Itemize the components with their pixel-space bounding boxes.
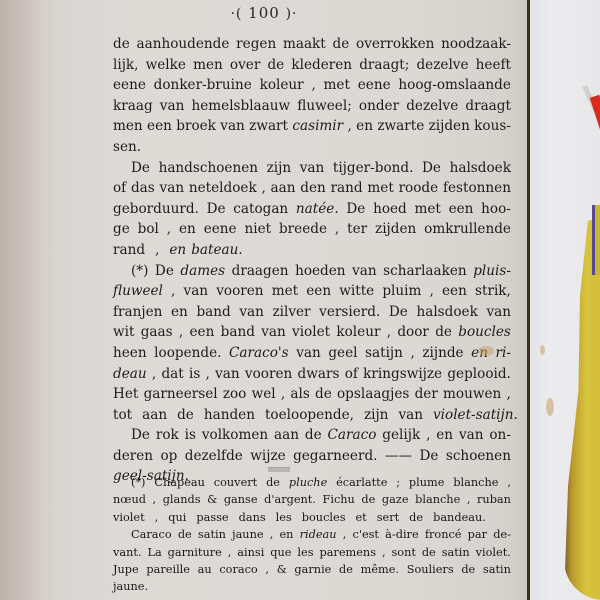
word: plume bbox=[409, 474, 445, 491]
word: Caraco bbox=[131, 526, 172, 543]
word: , bbox=[507, 384, 511, 405]
word: , bbox=[507, 474, 511, 491]
word: hoog-omslaande bbox=[398, 75, 511, 96]
word: , bbox=[311, 75, 315, 96]
word: de bbox=[435, 322, 452, 343]
word: halsdoek bbox=[416, 302, 477, 323]
text-line: gebol,eneenenietbreede,terzijdenomkrulle… bbox=[113, 219, 511, 240]
word: met bbox=[414, 199, 440, 220]
text-line: Dehandschoenenzijnvantijger-bond.Dehalsd… bbox=[113, 158, 511, 179]
word: hoeden bbox=[295, 261, 346, 282]
word: , bbox=[155, 240, 164, 261]
word: van bbox=[398, 405, 428, 426]
word: , bbox=[152, 364, 156, 385]
page-number: 100 bbox=[248, 4, 280, 22]
word: opslaagjes bbox=[337, 384, 409, 405]
word: de bbox=[461, 561, 475, 578]
word: blanche bbox=[415, 491, 460, 508]
word: , bbox=[387, 322, 391, 343]
word: en bbox=[436, 425, 453, 446]
word: , bbox=[265, 561, 269, 578]
word: gelijk bbox=[382, 425, 420, 446]
word: satin bbox=[483, 561, 511, 578]
word: toeloopende, bbox=[265, 405, 359, 426]
word: de bbox=[339, 561, 353, 578]
word: , bbox=[155, 509, 164, 526]
word: van bbox=[296, 343, 321, 364]
word: met bbox=[324, 75, 350, 96]
word: wit bbox=[113, 322, 134, 343]
word: volkomen bbox=[202, 425, 268, 446]
word: casimir bbox=[292, 116, 343, 137]
word: dezelve bbox=[406, 96, 458, 117]
word: , bbox=[382, 544, 386, 561]
word: men bbox=[113, 116, 143, 137]
word: , bbox=[335, 219, 339, 240]
word: of bbox=[113, 178, 126, 199]
fashion-plate-illustration bbox=[530, 0, 600, 600]
word: over bbox=[230, 55, 260, 76]
word: , bbox=[167, 219, 171, 240]
word: de bbox=[266, 474, 280, 491]
word: handschoenen bbox=[159, 158, 258, 179]
word: Souliers bbox=[407, 561, 454, 578]
word: de bbox=[177, 405, 199, 426]
word: met bbox=[272, 281, 298, 302]
word: onder bbox=[359, 96, 399, 117]
word: ri- bbox=[496, 343, 511, 364]
word: aan bbox=[142, 405, 172, 426]
word: zijden bbox=[375, 219, 416, 240]
word: heeft bbox=[476, 55, 511, 76]
word: der bbox=[415, 384, 438, 405]
word: versierd. bbox=[319, 302, 380, 323]
word: écarlatte bbox=[336, 474, 387, 491]
word: de bbox=[267, 55, 284, 76]
text-line: totaandehandentoeloopende,zijnvanviolet-… bbox=[113, 405, 511, 426]
word: ge bbox=[113, 219, 130, 240]
main-body-text: deaanhoudenderegenmaaktdeoverrokkennoodz… bbox=[113, 34, 511, 487]
word: De bbox=[131, 425, 150, 446]
word: roode bbox=[399, 178, 439, 199]
word: coraco bbox=[219, 561, 257, 578]
word: , bbox=[179, 322, 183, 343]
word: , bbox=[270, 526, 274, 543]
word: van bbox=[352, 261, 377, 282]
word: sont bbox=[391, 544, 415, 561]
word: satijn bbox=[365, 343, 403, 364]
word: qui bbox=[168, 509, 191, 526]
word: zwarte bbox=[377, 116, 424, 137]
word: deau bbox=[113, 364, 147, 385]
word: wijze bbox=[250, 446, 285, 467]
word: blanche bbox=[453, 474, 498, 491]
ornament-right: )· bbox=[286, 6, 298, 22]
word: De bbox=[131, 158, 150, 179]
word: of bbox=[345, 364, 358, 385]
word: & bbox=[207, 491, 217, 508]
text-line: DerokisvolkomenaandeCaracogelijk,envanon… bbox=[113, 425, 511, 446]
word: draagt bbox=[465, 96, 511, 117]
text-line: violet,quipassedanslesbouclesetsertdeban… bbox=[113, 509, 511, 526]
word: dames bbox=[180, 261, 225, 282]
word: welke bbox=[146, 55, 186, 76]
word: kringswijze bbox=[363, 364, 442, 385]
word: eene bbox=[358, 75, 391, 96]
word: en bbox=[179, 219, 196, 240]
word: paremens bbox=[319, 544, 376, 561]
word: , bbox=[430, 281, 434, 302]
word: is bbox=[185, 425, 196, 446]
word: De bbox=[155, 261, 174, 282]
text-line: geborduurd.Decatogannatée.Dehoedmeteenho… bbox=[113, 199, 511, 220]
word: Jupe bbox=[113, 561, 139, 578]
word: zijden bbox=[429, 116, 470, 137]
red-hat-illustration bbox=[590, 95, 600, 150]
word: bateau. bbox=[191, 240, 248, 261]
word: van bbox=[160, 96, 185, 117]
word: das bbox=[131, 178, 155, 199]
word: tot bbox=[113, 405, 137, 426]
word: en bbox=[171, 302, 188, 323]
word: fluweel bbox=[113, 281, 163, 302]
word: rand bbox=[331, 178, 363, 199]
word: dwars bbox=[298, 364, 340, 385]
word: festonnen bbox=[443, 178, 511, 199]
word: band bbox=[221, 322, 255, 343]
word: , bbox=[153, 491, 157, 508]
word: , bbox=[228, 544, 232, 561]
word: den bbox=[300, 178, 326, 199]
word: garneersel bbox=[144, 384, 218, 405]
word: donker-bruine bbox=[154, 75, 252, 96]
word: aan bbox=[271, 178, 296, 199]
word: La bbox=[147, 544, 161, 561]
word: van bbox=[220, 116, 245, 137]
word: rok bbox=[156, 425, 179, 446]
word: door bbox=[397, 322, 429, 343]
word: on- bbox=[489, 425, 511, 446]
text-line: eenedonker-bruinekoleur,meteenehoog-omsl… bbox=[113, 75, 511, 96]
word: de bbox=[361, 491, 375, 508]
text-line: kraagvanhemelsblaauwfluweel;onderdezelve… bbox=[113, 96, 511, 117]
section-separator bbox=[268, 467, 290, 472]
text-line: franjenenbandvanzilverversierd.Dehalsdoe… bbox=[113, 302, 511, 323]
word: zijn bbox=[267, 158, 291, 179]
word: c'est bbox=[353, 526, 379, 543]
word: violet bbox=[292, 322, 330, 343]
word: kous- bbox=[474, 116, 511, 137]
word: broek bbox=[176, 116, 216, 137]
word: jaune. bbox=[113, 578, 153, 595]
word: overrokken bbox=[356, 34, 434, 55]
word: satin bbox=[198, 526, 226, 543]
word: glands bbox=[163, 491, 201, 508]
word: boucles bbox=[458, 322, 511, 343]
word: en bbox=[279, 526, 293, 543]
word: klederen bbox=[291, 55, 352, 76]
word: —— bbox=[385, 446, 412, 467]
word: satin bbox=[442, 544, 470, 561]
word: garniture bbox=[168, 544, 222, 561]
word: draagen bbox=[232, 261, 289, 282]
word: eene bbox=[204, 219, 237, 240]
word: aan bbox=[274, 425, 299, 446]
yellow-dress-illustration bbox=[564, 220, 600, 600]
word: deren bbox=[113, 446, 153, 467]
word: vant. bbox=[113, 544, 142, 561]
word: handen bbox=[204, 405, 260, 426]
word: fluweel; bbox=[297, 96, 351, 117]
word: mouwen bbox=[443, 384, 501, 405]
sleeve-illustration bbox=[592, 205, 600, 275]
word: , bbox=[467, 491, 471, 508]
word: au bbox=[198, 561, 212, 578]
word: De bbox=[422, 158, 441, 179]
word: rand bbox=[113, 240, 150, 261]
word: halsdoek bbox=[450, 158, 511, 179]
word: rideau bbox=[300, 526, 337, 543]
word: loopende. bbox=[154, 343, 221, 364]
book-page-left: ·( 100 )· deaanhoudenderegenmaaktdeoverr… bbox=[0, 0, 528, 600]
word: , bbox=[426, 425, 430, 446]
page-number-header: ·( 100 )· bbox=[0, 4, 528, 22]
text-line: jaune. bbox=[113, 578, 511, 595]
text-line: sen. bbox=[113, 137, 511, 158]
word: ganse bbox=[224, 491, 258, 508]
word: , bbox=[261, 178, 265, 199]
word: Caraco bbox=[328, 425, 377, 446]
word: froncé bbox=[425, 526, 462, 543]
word: catogan bbox=[233, 199, 288, 220]
word: een bbox=[306, 281, 331, 302]
text-line: ofdasvanneteldoek,aandenrandmetroodefest… bbox=[113, 178, 511, 199]
word: De bbox=[346, 199, 365, 220]
word: et bbox=[356, 509, 372, 526]
word: pluim bbox=[382, 281, 421, 302]
word: de bbox=[113, 34, 130, 55]
word: gegarneerd. bbox=[293, 446, 377, 467]
text-line: meneenbroekvanzwartcasimir,enzwartezijde… bbox=[113, 116, 511, 137]
word: met bbox=[367, 178, 393, 199]
paper-stain bbox=[478, 346, 494, 356]
word: en bbox=[356, 116, 373, 137]
word: à-dire bbox=[385, 526, 418, 543]
word: hoo- bbox=[481, 199, 511, 220]
word: franjen bbox=[113, 302, 162, 323]
word: als bbox=[290, 384, 309, 405]
text-line: fluweel,vanvoorenmeteenwittepluim,eenstr… bbox=[113, 281, 511, 302]
word: regen bbox=[236, 34, 276, 55]
word: nœud bbox=[113, 491, 146, 508]
word: bandeau. bbox=[433, 509, 491, 526]
word: en bbox=[169, 240, 186, 261]
word: passe bbox=[196, 509, 233, 526]
word: van bbox=[300, 158, 325, 179]
word: niet bbox=[244, 219, 271, 240]
word: van bbox=[459, 425, 484, 446]
word: les bbox=[297, 544, 313, 561]
text-line: lijk,welkemenoverdeklederendraagt;dezelv… bbox=[113, 55, 511, 76]
word: van bbox=[215, 364, 240, 385]
text-line: deaanhoudenderegenmaaktdeoverrokkennoodz… bbox=[113, 34, 511, 55]
word: , bbox=[206, 364, 210, 385]
word: breede bbox=[279, 219, 327, 240]
word: heen bbox=[113, 343, 147, 364]
word: De bbox=[207, 199, 226, 220]
word: geplooid. bbox=[447, 364, 511, 385]
word: par bbox=[468, 526, 487, 543]
text-line: derenopdezelfdewijzegegarneerd.——Deschoe… bbox=[113, 446, 511, 467]
word: pluche bbox=[289, 474, 327, 491]
word: , bbox=[171, 281, 175, 302]
ornament-left: ·( bbox=[230, 6, 242, 22]
word: een bbox=[190, 322, 215, 343]
word: pluis- bbox=[473, 261, 511, 282]
word: Fichu bbox=[323, 491, 355, 508]
word: & bbox=[277, 561, 287, 578]
word: zwart bbox=[249, 116, 288, 137]
word: omkrullende bbox=[424, 219, 511, 240]
word: een bbox=[449, 199, 474, 220]
word: neteldoek bbox=[189, 178, 257, 199]
word: van bbox=[160, 178, 185, 199]
word: zilver bbox=[272, 302, 310, 323]
word: strik, bbox=[475, 281, 511, 302]
word: noodzaak- bbox=[441, 34, 511, 55]
word: (*) bbox=[131, 474, 145, 491]
word: que bbox=[270, 544, 291, 561]
word: de- bbox=[493, 526, 511, 543]
word: dezelve bbox=[416, 55, 468, 76]
word: hoed bbox=[373, 199, 407, 220]
word: ainsi bbox=[237, 544, 264, 561]
word: de bbox=[409, 509, 428, 526]
text-line: deau,datis,vanvoorendwarsofkringswijzege… bbox=[113, 364, 511, 385]
plate-stain bbox=[540, 345, 545, 355]
word: Caraco's bbox=[229, 343, 289, 364]
word: gaze bbox=[382, 491, 409, 508]
word: boucles bbox=[302, 509, 351, 526]
word: geborduurd. bbox=[113, 199, 199, 220]
word: van bbox=[486, 302, 511, 323]
word: (*) bbox=[131, 261, 148, 282]
word: band bbox=[196, 302, 230, 323]
word: , bbox=[348, 116, 352, 137]
word: violet. bbox=[476, 544, 511, 561]
word: violet bbox=[113, 509, 150, 526]
word: kraag bbox=[113, 96, 153, 117]
word: vooren bbox=[245, 364, 292, 385]
word: maakt bbox=[283, 34, 326, 55]
word: witte bbox=[339, 281, 374, 302]
word: De bbox=[389, 302, 408, 323]
word: les bbox=[276, 509, 297, 526]
word: eene bbox=[113, 75, 146, 96]
word: een bbox=[147, 116, 172, 137]
word: , bbox=[410, 343, 414, 364]
word: wel bbox=[252, 384, 276, 405]
word: scharlaaken bbox=[383, 261, 467, 282]
word: de bbox=[333, 34, 350, 55]
word: gaas bbox=[141, 322, 173, 343]
text-line: Caracodesatinjaune,enrideau,c'està-diref… bbox=[113, 526, 511, 543]
word: violet-satijn. bbox=[433, 405, 523, 426]
word: draagt; bbox=[359, 55, 409, 76]
text-line: heenloopende.Caraco'svangeelsatijn,zijnd… bbox=[113, 343, 511, 364]
word: ; bbox=[396, 474, 400, 491]
word: Chapeau bbox=[154, 474, 205, 491]
word: van bbox=[184, 281, 209, 302]
word: men bbox=[193, 55, 223, 76]
word: jaune bbox=[232, 526, 263, 543]
word: van bbox=[239, 302, 264, 323]
word: op bbox=[160, 446, 177, 467]
word: hemelsblaauw bbox=[191, 96, 290, 117]
word: schoenen bbox=[446, 446, 511, 467]
word: aanhoudende bbox=[137, 34, 230, 55]
word: natée. bbox=[296, 199, 339, 220]
french-footnote-text: (*)Chapeaucouvertdeplucheécarlatte;plume… bbox=[113, 474, 511, 596]
text-line: vant.Lagarniture,ainsiquelesparemens,son… bbox=[113, 544, 511, 561]
word: dans bbox=[239, 509, 271, 526]
word: ruban bbox=[477, 491, 511, 508]
word: vooren bbox=[216, 281, 263, 302]
word: de bbox=[315, 384, 332, 405]
text-line: Hetgarneerselzoowel,alsdeopslaagjesdermo… bbox=[113, 384, 511, 405]
word: bol bbox=[138, 219, 159, 240]
word: , bbox=[281, 384, 285, 405]
text-line: (*)Chapeaucouvertdeplucheécarlatte;plume… bbox=[113, 474, 511, 491]
text-line: nœud,glands&gansed'argent.Fichudegazebla… bbox=[113, 491, 511, 508]
word: De bbox=[419, 446, 438, 467]
word: , bbox=[343, 526, 347, 543]
word: de bbox=[178, 526, 192, 543]
word: ter bbox=[347, 219, 367, 240]
word: de bbox=[305, 425, 322, 446]
word: garnie bbox=[294, 561, 331, 578]
word: Het bbox=[113, 384, 138, 405]
word: koleur bbox=[336, 322, 380, 343]
word: zijnde bbox=[422, 343, 463, 364]
word: tijger-bond. bbox=[333, 158, 414, 179]
word: dat bbox=[161, 364, 183, 385]
word: pareille bbox=[146, 561, 190, 578]
word: van bbox=[261, 322, 286, 343]
word: koleur bbox=[260, 75, 304, 96]
word: couvert bbox=[214, 474, 257, 491]
word: même. bbox=[361, 561, 399, 578]
word: is bbox=[189, 364, 200, 385]
word: een bbox=[442, 281, 467, 302]
text-line: witgaas,eenbandvanvioletkoleur,doordebou… bbox=[113, 322, 511, 343]
word: lijk, bbox=[113, 55, 138, 76]
word: d'argent. bbox=[264, 491, 316, 508]
word: sert bbox=[377, 509, 404, 526]
word: zijn bbox=[364, 405, 393, 426]
text-line: rand,enbateau. bbox=[113, 240, 511, 261]
word: dezelfde bbox=[185, 446, 243, 467]
word: zoo bbox=[223, 384, 247, 405]
plate-stain bbox=[546, 398, 554, 416]
text-line: (*)Dedamesdraagenhoedenvanscharlaakenplu… bbox=[113, 261, 511, 282]
word: geel bbox=[328, 343, 357, 364]
word: de bbox=[422, 544, 436, 561]
text-line: Jupepareilleaucoraco,&garniedemême.Souli… bbox=[113, 561, 511, 578]
word: sen. bbox=[113, 137, 146, 158]
